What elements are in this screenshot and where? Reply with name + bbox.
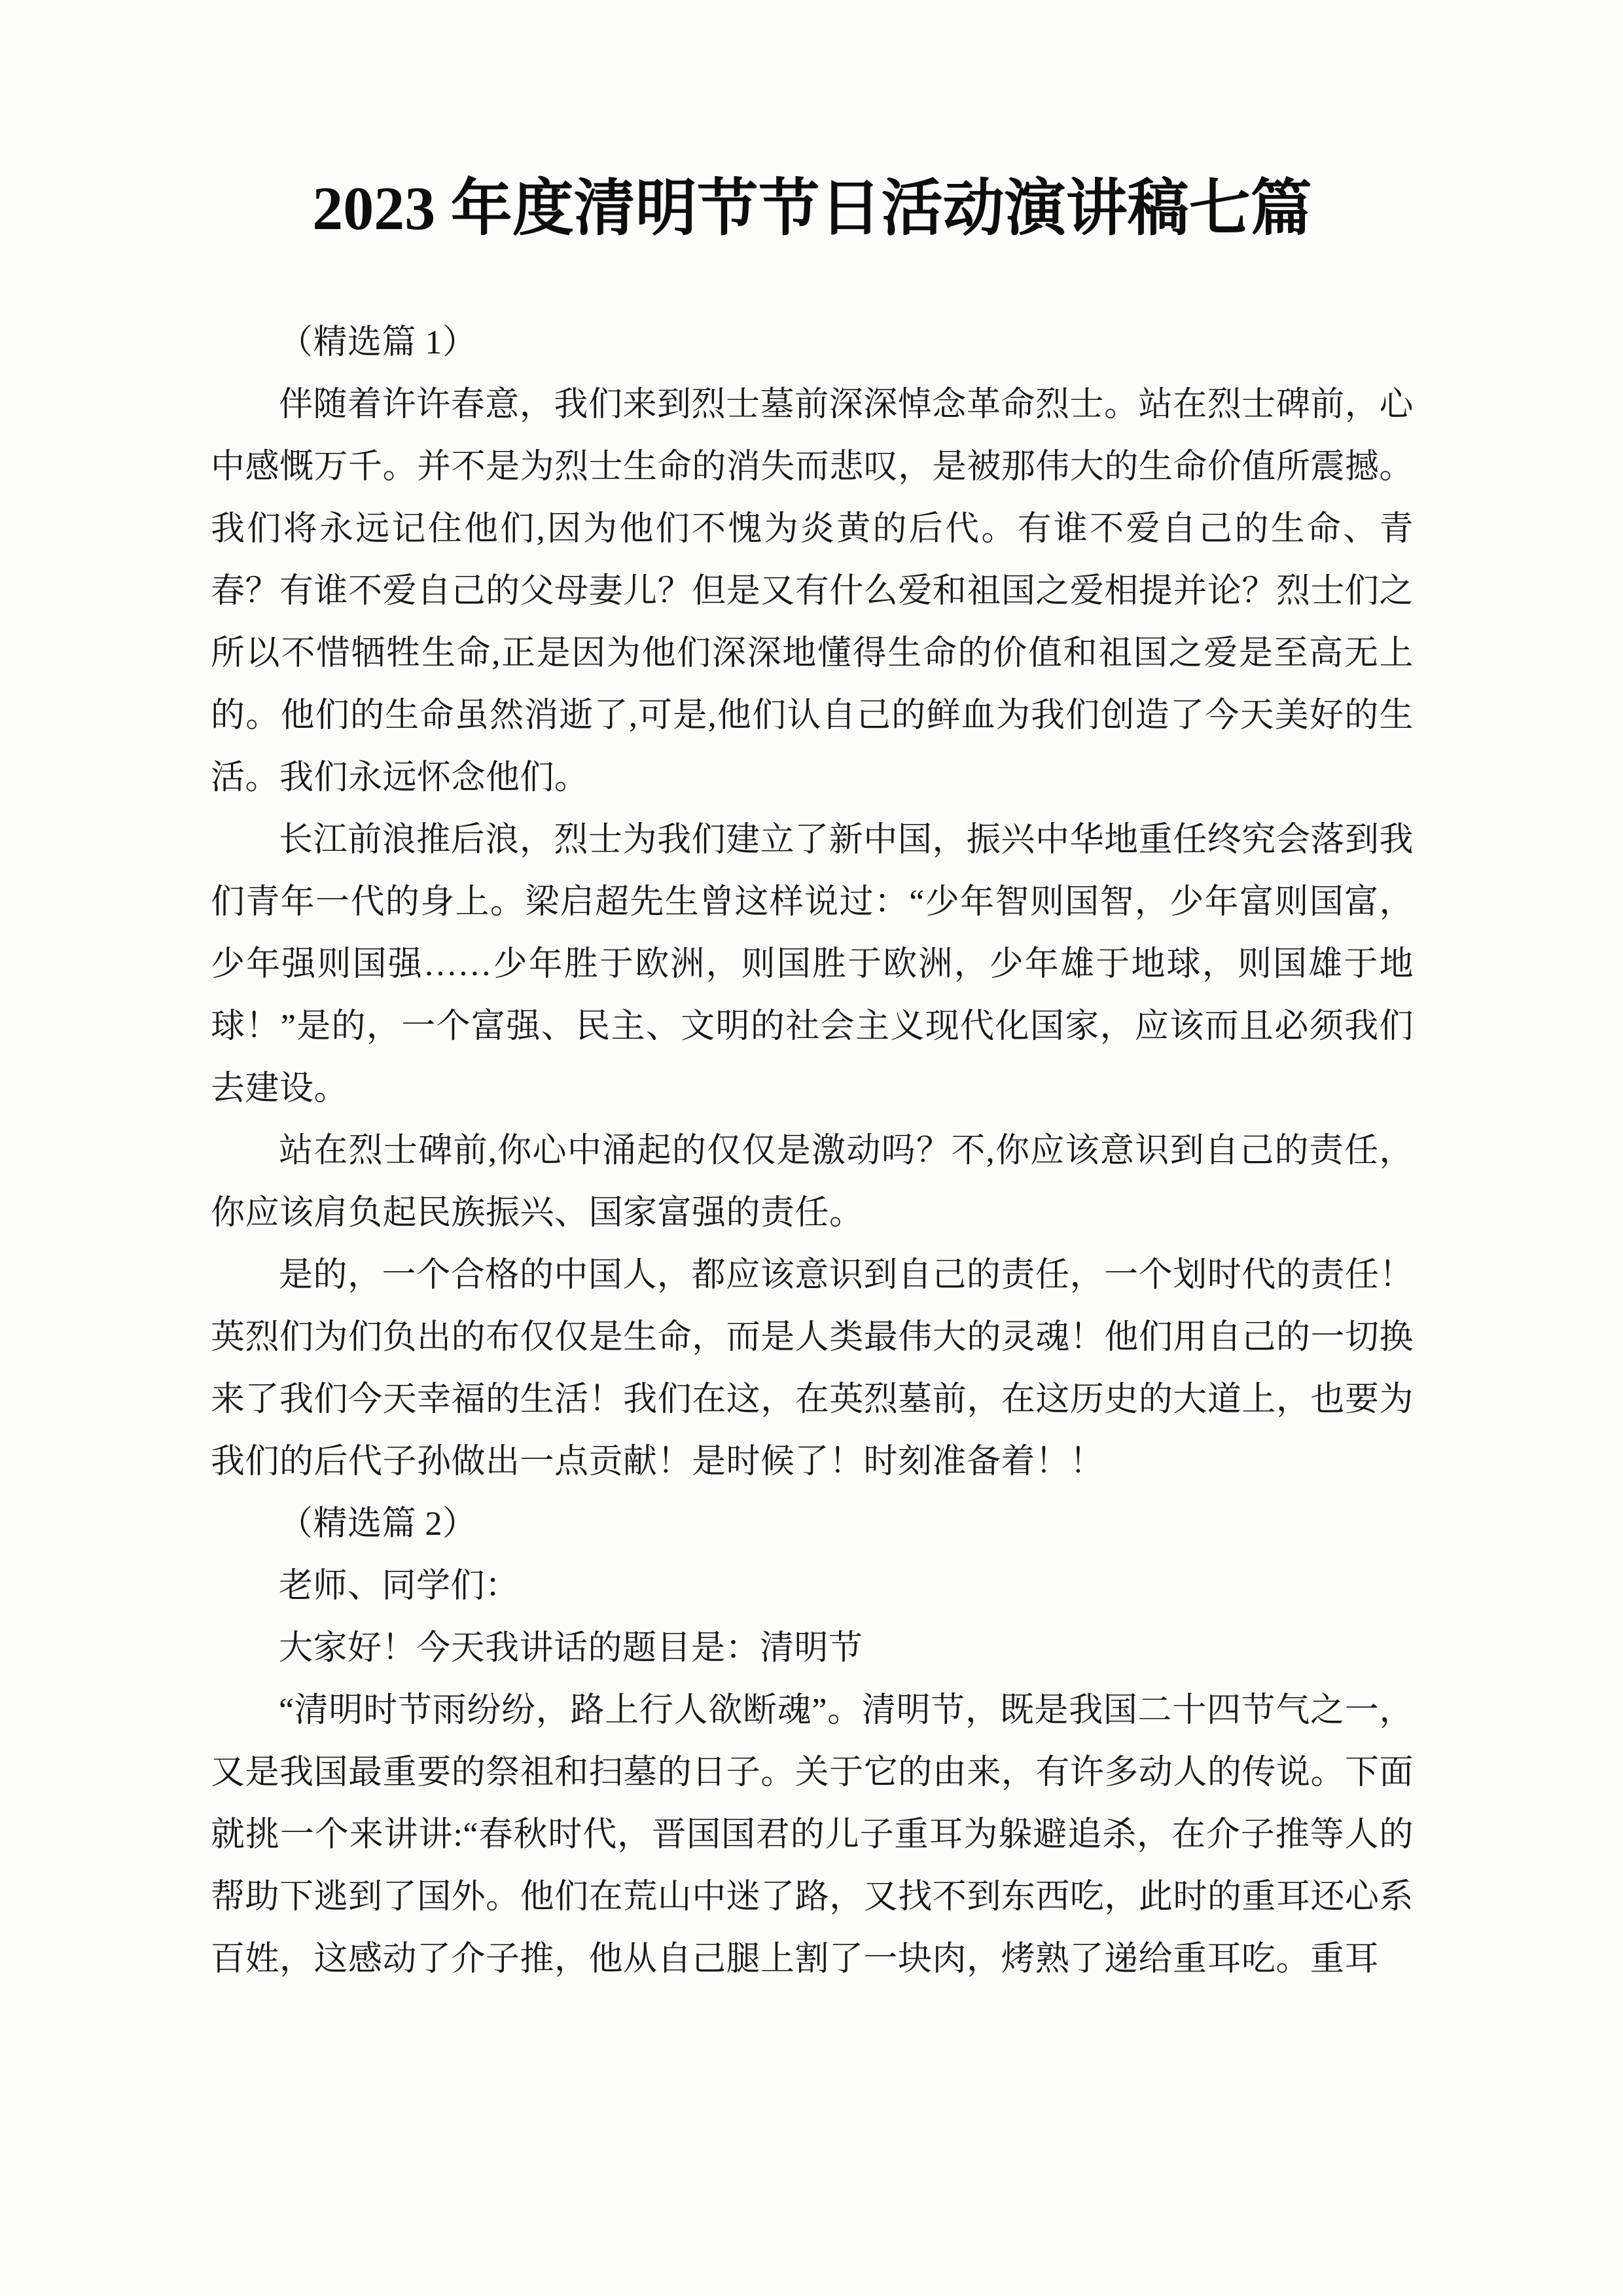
paragraph-2: 长江前浪推后浪，烈士为我们建立了新中国，振兴中华地重任终究会落到我们青年一代的身… — [211, 809, 1414, 1120]
document-body: （精选篇 1） 伴随着许许春意，我们来到烈士墓前深深悼念革命烈士。站在烈士碑前，… — [211, 312, 1414, 1990]
document-page: 2023 年度清明节节日活动演讲稿七篇 （精选篇 1） 伴随着许许春意，我们来到… — [0, 0, 1623, 2296]
document-content: 2023 年度清明节节日活动演讲稿七篇 （精选篇 1） 伴随着许许春意，我们来到… — [0, 0, 1623, 1990]
document-title: 2023 年度清明节节日活动演讲稿七篇 — [211, 169, 1414, 249]
section-label-1: （精选篇 1） — [211, 312, 1414, 374]
paragraph-3: 站在烈士碑前,你心中涌起的仅仅是激动吗？不,你应该意识到自己的责任，你应该肩负起… — [211, 1120, 1414, 1244]
paragraph-5: “清明时节雨纷纷，路上行人欲断魂”。清明节，既是我国二十四节气之一，又是我国最重… — [211, 1679, 1414, 1990]
greeting: 大家好！今天我讲话的题目是：清明节 — [211, 1617, 1414, 1679]
paragraph-1: 伴随着许许春意，我们来到烈士墓前深深悼念革命烈士。站在烈士碑前，心中感慨万千。并… — [211, 374, 1414, 809]
paragraph-4: 是的，一个合格的中国人，都应该意识到自己的责任，一个划时代的责任！英烈们为们负出… — [211, 1244, 1414, 1493]
salutation: 老师、同学们： — [211, 1555, 1414, 1617]
section-label-2: （精选篇 2） — [211, 1493, 1414, 1555]
